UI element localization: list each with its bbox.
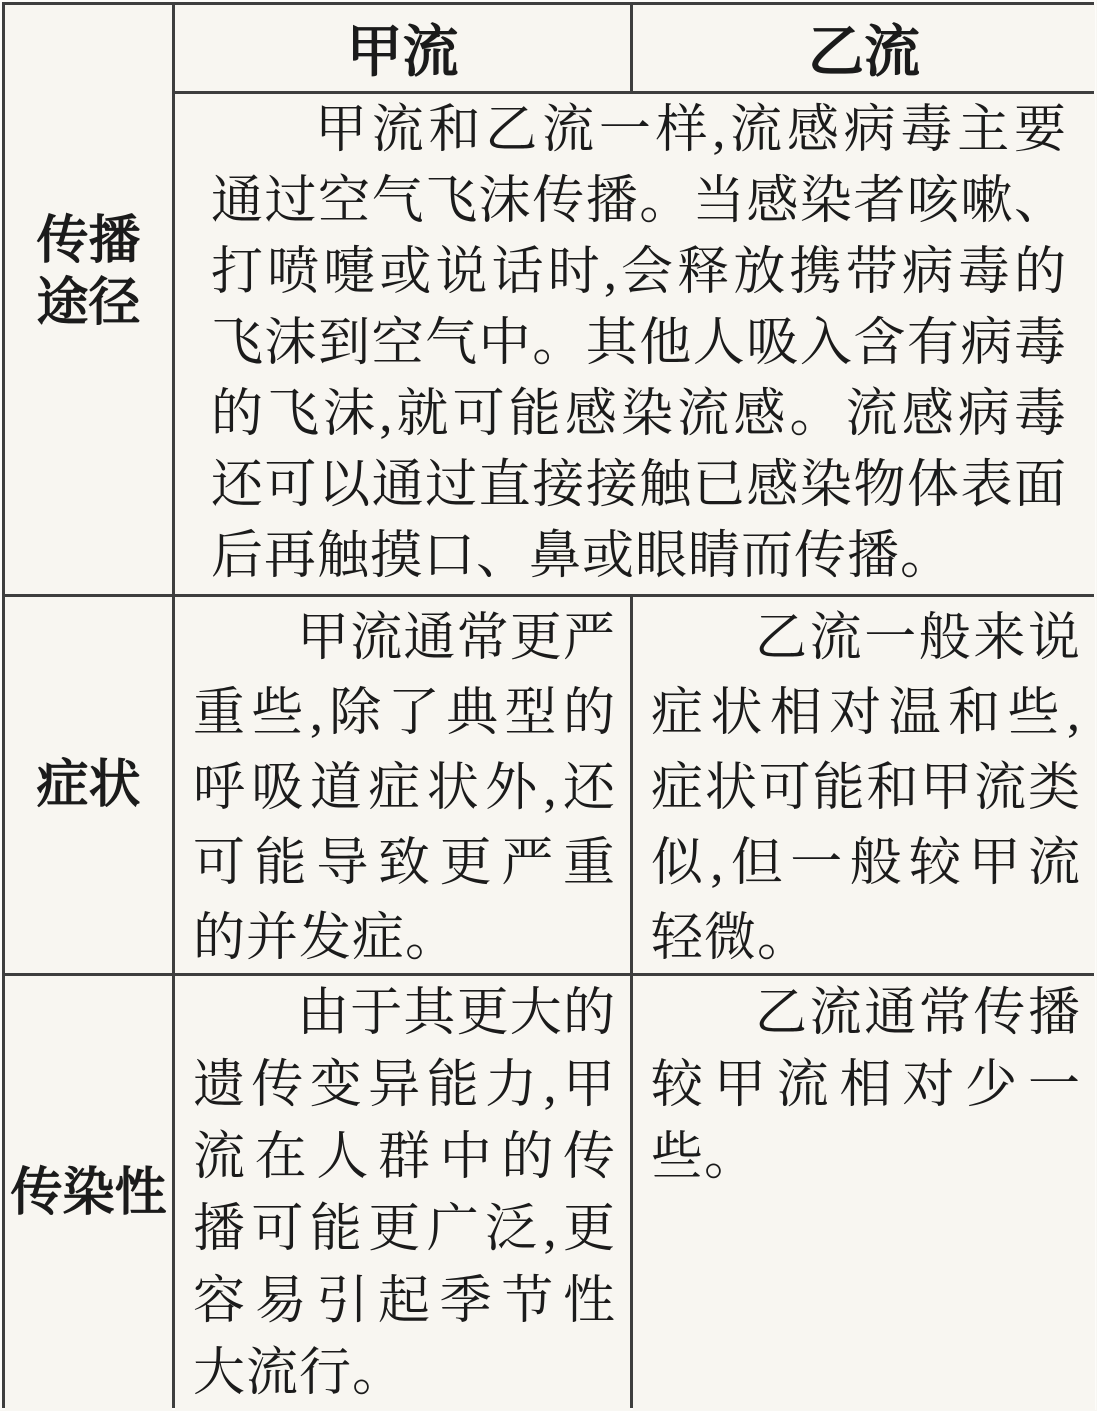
cell-symptoms-influenza-b: 乙流一般来说症状相对温和些,症状可能和甲流类似,但一般较甲流轻微。 <box>633 597 1095 973</box>
row-label-infectivity: 传染性 <box>5 976 172 1410</box>
column-header-influenza-a: 甲流 <box>175 5 630 91</box>
document-page: 传播途径 甲流 乙流 甲流和乙流一样,流感病毒主要通过空气飞沫传播。当感染者咳嗽… <box>0 0 1096 1410</box>
row-label-infectivity-text: 传染性 <box>10 1162 166 1224</box>
row-label-transmission-route-text: 传播途径 <box>33 210 145 334</box>
column-header-influenza-b: 乙流 <box>633 5 1095 91</box>
cell-infectivity-influenza-a: 由于其更大的遗传变异能力,甲流在人群中的传播可能更广泛,更容易引起季节性大流行。 <box>175 976 630 1410</box>
cell-transmission-route-merged: 甲流和乙流一样,流感病毒主要通过空气飞沫传播。当感染者咳嗽、打喷嚏或说话时,会释… <box>175 94 1095 594</box>
row-label-transmission-route: 传播途径 <box>5 5 172 594</box>
column-header-influenza-a-text: 甲流 <box>347 8 459 88</box>
row-label-symptoms: 症状 <box>5 597 172 973</box>
flu-comparison-table: 传播途径 甲流 乙流 甲流和乙流一样,流感病毒主要通过空气飞沫传播。当感染者咳嗽… <box>2 2 1094 1408</box>
row-label-symptoms-text: 症状 <box>36 754 140 816</box>
cell-symptoms-influenza-a: 甲流通常更严重些,除了典型的呼吸道症状外,还可能导致更严重的并发症。 <box>175 597 630 973</box>
column-header-influenza-b-text: 乙流 <box>808 8 920 88</box>
cell-infectivity-influenza-b: 乙流通常传播较甲流相对少一些。 <box>633 976 1095 1410</box>
